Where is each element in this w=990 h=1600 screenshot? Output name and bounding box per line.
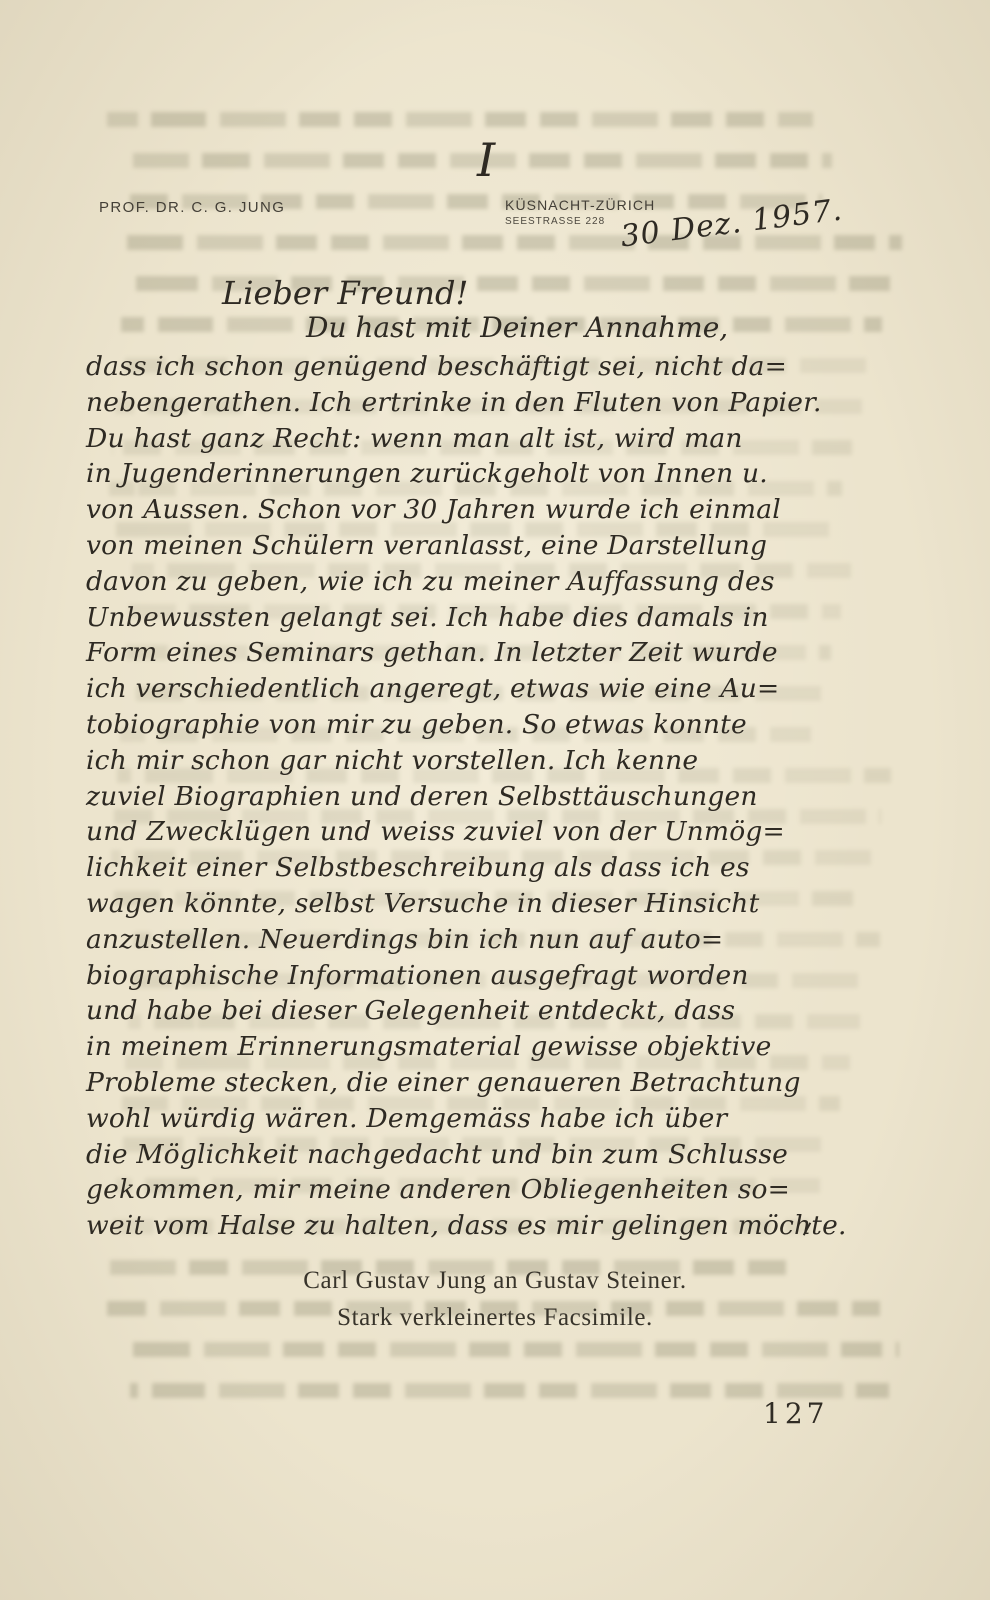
handwritten-line: lichkeit einer Selbstbeschreibung als da… (86, 850, 866, 886)
handwritten-line: Form eines Seminars gethan. In letzter Z… (86, 635, 866, 671)
letterhead-name: PROF. DR. C. G. JUNG (99, 199, 285, 216)
showthrough-line (133, 1342, 899, 1357)
letter-opening-line: Du hast mit Deiner Annahme, (306, 311, 728, 344)
handwritten-line: und Zwecklügen und weiss zuviel von der … (86, 814, 866, 850)
handwritten-line: Probleme stecken, die einer genaueren Be… (86, 1065, 866, 1101)
handwritten-line: ich mir schon gar nicht vorstellen. Ich … (86, 743, 866, 779)
handwritten-line: Du hast ganz Recht: wenn man alt ist, wi… (86, 421, 866, 457)
handwritten-line: nebengerathen. Ich ertrinke in den Flute… (86, 385, 866, 421)
section-numeral: I (477, 133, 495, 187)
handwritten-line: wohl würdig wären. Demgemäss habe ich üb… (86, 1101, 866, 1137)
handwritten-line: wagen könnte, selbst Versuche in dieser … (86, 886, 866, 922)
handwritten-line: zuviel Biographien und deren Selbsttäusc… (86, 779, 866, 815)
handwritten-line: in meinem Erinnerungsmaterial gewisse ob… (86, 1029, 866, 1065)
caption-line-2: Stark verkleinertes Facsimile. (0, 1299, 990, 1336)
handwritten-line: die Möglichkeit nachgedacht und bin zum … (86, 1137, 866, 1173)
handwritten-line: von Aussen. Schon vor 30 Jahren wurde ic… (86, 492, 866, 528)
showthrough-line (107, 112, 813, 127)
handwritten-line: ich verschiedentlich angeregt, etwas wie… (86, 671, 866, 707)
letter-salutation: Lieber Freund! (222, 274, 468, 312)
handwritten-line: von meinen Schülern veranlasst, eine Dar… (86, 528, 866, 564)
handwritten-line: davon zu geben, wie ich zu meiner Auffas… (86, 564, 866, 600)
book-page: I PROF. DR. C. G. JUNG KÜSNACHT-ZÜRICH S… (0, 0, 990, 1600)
handwritten-line: dass ich schon genügend beschäftigt sei,… (86, 349, 866, 385)
figure-caption: Carl Gustav Jung an Gustav Steiner. Star… (0, 1262, 990, 1336)
letter-body: dass ich schon genügend beschäftigt sei,… (86, 349, 866, 1244)
handwritten-line: Unbewussten gelangt sei. Ich habe dies d… (86, 600, 866, 636)
handwritten-line: und habe bei dieser Gelegenheit entdeckt… (86, 993, 866, 1029)
showthrough-line (130, 1383, 889, 1398)
showthrough-line (127, 235, 902, 250)
handwritten-line: biographische Informationen ausgefragt w… (86, 958, 866, 994)
handwritten-line: gekommen, mir meine anderen Obliegenheit… (86, 1172, 866, 1208)
handwritten-line: anzustellen. Neuerdings bin ich nun auf … (86, 922, 866, 958)
page-number: 127 (763, 1397, 828, 1430)
handwritten-line: tobiographie von mir zu geben. So etwas … (86, 707, 866, 743)
handwritten-line: weit vom Halse zu halten, dass es mir ge… (86, 1208, 866, 1244)
letterhead-place: KÜSNACHT-ZÜRICH (505, 197, 655, 213)
caption-line-1: Carl Gustav Jung an Gustav Steiner. (0, 1262, 990, 1299)
handwritten-line: in Jugenderinnerungen zurückgeholt von I… (86, 456, 866, 492)
